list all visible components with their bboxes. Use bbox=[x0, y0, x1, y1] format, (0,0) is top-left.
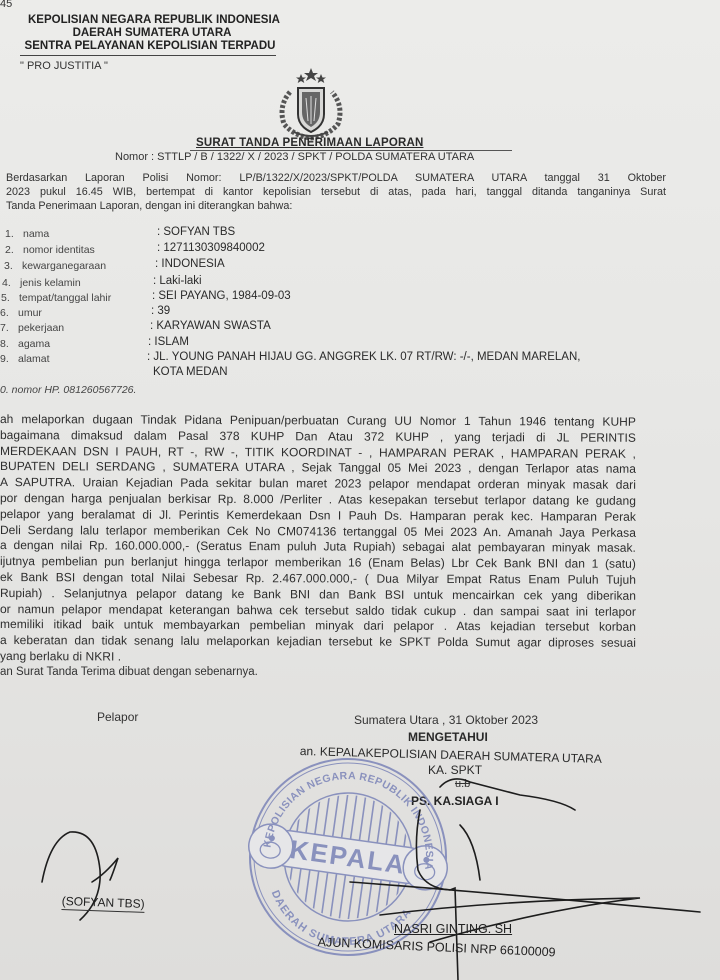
signature-strokes bbox=[0, 0, 720, 980]
reporter-name: (SOFYAN TBS) bbox=[61, 894, 144, 913]
officer-signature bbox=[440, 779, 575, 810]
officer-name: NASRI GINTING. SH bbox=[394, 922, 512, 936]
